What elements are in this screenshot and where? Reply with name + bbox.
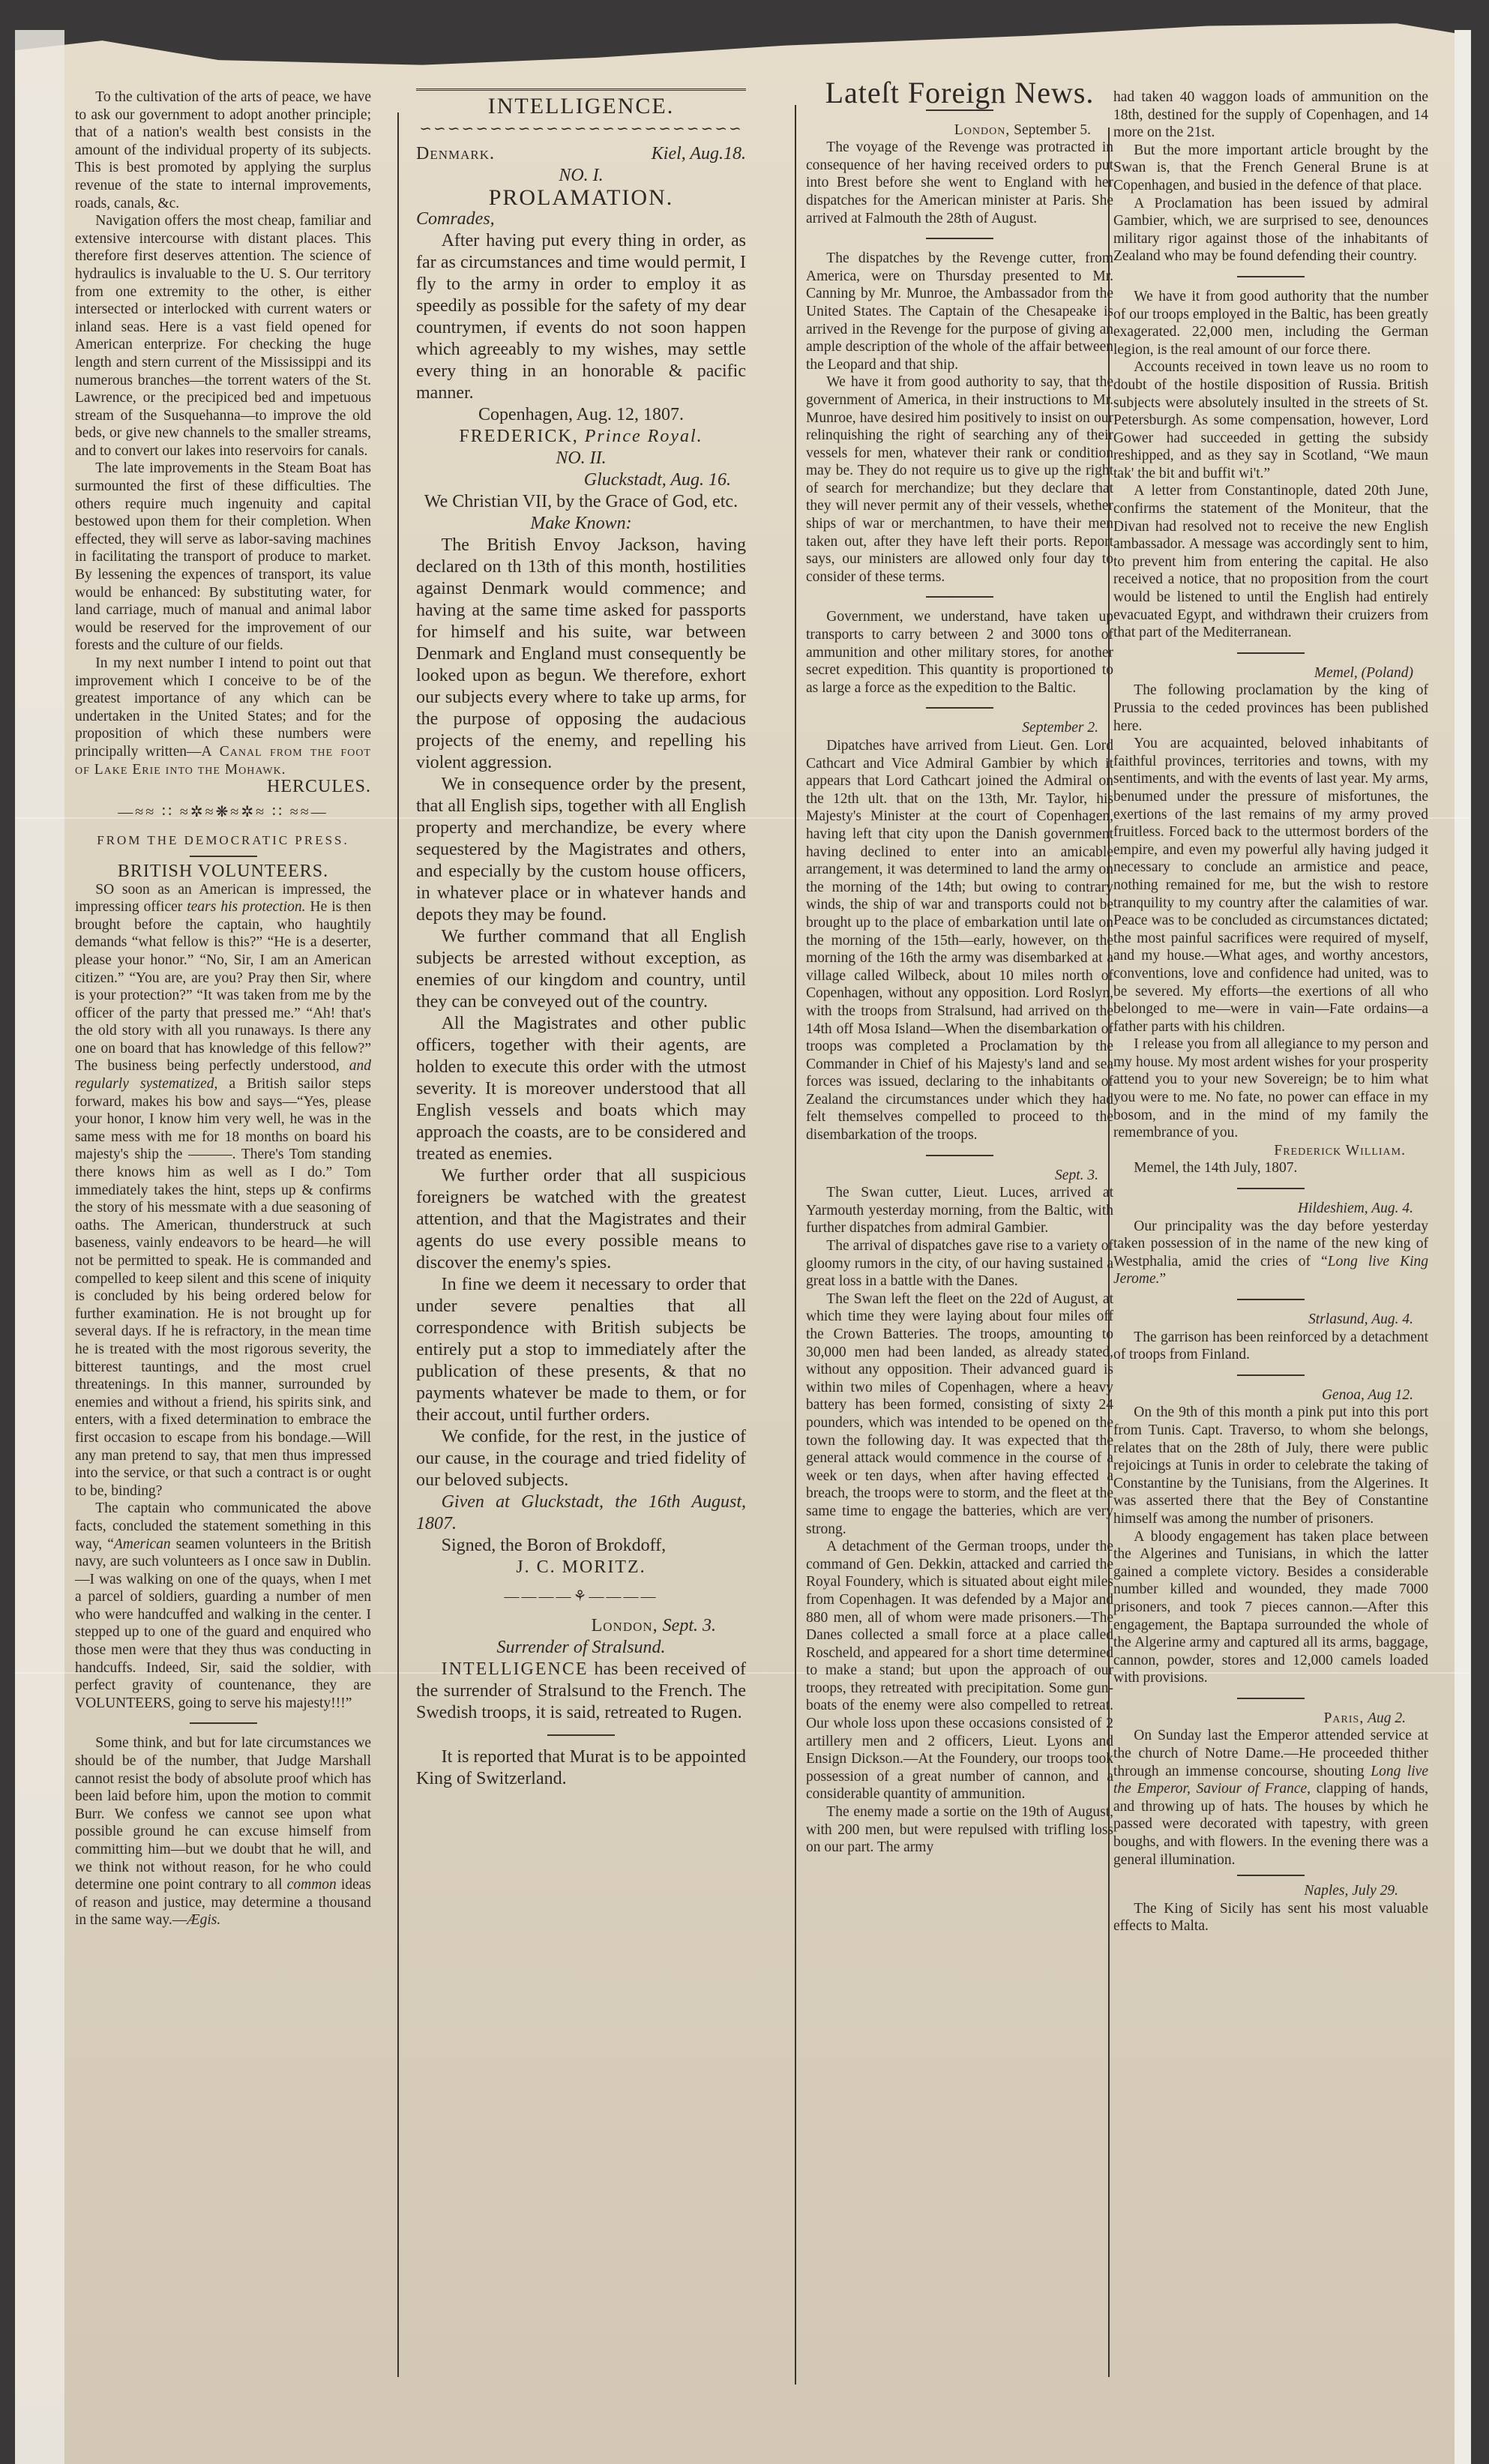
dateline: Hildeshiem, Aug. 4. — [1113, 1200, 1428, 1218]
divider — [1237, 1299, 1305, 1300]
text: seamen volunteers in the British navy, a… — [75, 1536, 371, 1711]
article-paragraph: The dispatches by the Revenge cutter, fr… — [806, 250, 1113, 373]
divider — [1237, 1875, 1305, 1876]
dateline: London, Sept. 3. — [416, 1615, 746, 1637]
text: He is then brought before the captain, w… — [75, 899, 371, 1074]
signer-name: FREDERICK, — [459, 427, 578, 446]
article-paragraph: SO soon as an American is impressed, the… — [75, 881, 371, 1500]
salutation: Comrades, — [416, 208, 746, 230]
divider — [1237, 1698, 1305, 1699]
proclamation-number: NO. II. — [416, 448, 746, 469]
place-date: Memel, the 14th July, 1807. — [1113, 1159, 1428, 1177]
article-paragraph: We have it from good authority to say, t… — [806, 373, 1113, 586]
city: London, — [592, 1616, 658, 1635]
article-paragraph: Government, we understand, have taken up… — [806, 608, 1113, 697]
article-paragraph: But the more important article brought b… — [1113, 142, 1428, 195]
article-paragraph: In my next number I intend to point out … — [75, 655, 371, 778]
divider — [1237, 276, 1305, 277]
column-3: Lateſt Foreign News. London, September 5… — [806, 88, 1113, 1857]
article-paragraph: We further command that all English subj… — [416, 926, 746, 1013]
section-heading: INTELLIGENCE. — [416, 95, 746, 117]
article-paragraph: Accounts received in town leave us no ro… — [1113, 358, 1428, 482]
section-masthead: Lateſt Foreign News. — [806, 84, 1113, 102]
signature: HERCULES. — [75, 778, 371, 796]
dateline: Sept. 3. — [806, 1167, 1113, 1185]
divider — [1237, 652, 1305, 654]
article-paragraph: I release you from all allegiance to my … — [1113, 1036, 1428, 1142]
city: Paris, — [1324, 1710, 1365, 1726]
article-paragraph: It is reported that Murat is to be appoi… — [416, 1746, 746, 1790]
article-paragraph: INTELLIGENCE has been received of the su… — [416, 1659, 746, 1724]
subheading: Surrender of Stralsund. — [416, 1637, 746, 1659]
article-paragraph: In fine we deem it necessary to order th… — [416, 1274, 746, 1426]
text: a British sailor steps forward, makes hi… — [75, 1076, 371, 1499]
column-4: had taken 40 waggon loads of ammunition … — [1113, 88, 1428, 1935]
article-paragraph: A bloody engagement has taken place betw… — [1113, 1528, 1428, 1687]
divider — [1237, 1374, 1305, 1376]
article-paragraph: The Swan cutter, Lieut. Luces, arrived a… — [806, 1184, 1113, 1237]
dateline: London, September 5. — [806, 121, 1113, 139]
country-label: Denmark. — [416, 143, 495, 165]
column-rule — [397, 112, 399, 2377]
article-paragraph: All the Magistrates and other public off… — [416, 1013, 746, 1165]
article-paragraph: The captain who communicated the above f… — [75, 1500, 371, 1712]
signer: FREDERICK, Prince Royal. — [416, 426, 746, 448]
date: September 5. — [1014, 122, 1091, 138]
text: We Christian VII, by the Grace of God, e… — [424, 492, 738, 511]
article-paragraph: A detachment of the German troops, under… — [806, 1538, 1113, 1803]
dateline: Memel, (Poland) — [1113, 664, 1428, 682]
column-1: To the cultivation of the arts of peace,… — [75, 88, 371, 1929]
divider — [190, 856, 257, 857]
given-line: Given at Gluckstadt, the 16th August, 18… — [416, 1491, 746, 1535]
article-paragraph: The King of Sicily has sent his most val… — [1113, 1900, 1428, 1935]
text: ” — [1160, 1271, 1167, 1287]
article-paragraph: The British Envoy Jackson, having declar… — [416, 535, 746, 774]
italic-text: Make Known: — [530, 514, 631, 533]
left-paper-edge — [15, 30, 64, 2464]
divider — [926, 596, 993, 598]
place-date: Copenhagen, Aug. 12, 1807. — [416, 404, 746, 426]
signed-line: Signed, the Boron of Brokdoff, — [416, 1535, 746, 1557]
dateline: Naples, July 29. — [1113, 1882, 1428, 1900]
column-2: INTELLIGENCE. ∽∽∽∽∽∽∽∽∽∽∽∽∽∽∽∽∽∽∽∽∽∽∽ De… — [416, 88, 746, 1790]
divider — [926, 707, 993, 709]
double-rule — [416, 88, 746, 91]
signer: Frederick William. — [1113, 1142, 1428, 1160]
ornament-divider: —≈≈ ∷ ≈✲≈❋≈✲≈ ∷ ≈≈— — [75, 804, 371, 822]
signer-title: Prince Royal. — [585, 427, 703, 446]
dateline: Genoa, Aug 12. — [1113, 1386, 1428, 1404]
italic-text: American — [114, 1536, 171, 1552]
article-paragraph: A letter from Constantinople, dated 20th… — [1113, 482, 1428, 641]
dateline-text: Gluckstadt, Aug. 16. — [416, 469, 746, 491]
signer: J. C. MORITZ. — [416, 1557, 746, 1578]
article-paragraph: Dipatches have arrived from Lieut. Gen. … — [806, 737, 1113, 1144]
article-paragraph: On Sunday last the Emperor attended serv… — [1113, 1727, 1428, 1869]
article-paragraph: We further order that all suspicious for… — [416, 1165, 746, 1274]
italic-text: common — [287, 1877, 337, 1893]
source-line: FROM THE DEMOCRATIC PRESS. — [75, 832, 371, 850]
article-paragraph: We have it from good authority that the … — [1113, 288, 1428, 358]
column-rule — [795, 105, 796, 2385]
proclamation-title: PROLAMATION. — [416, 187, 746, 208]
date: Aug 2. — [1368, 1710, 1406, 1726]
caps-text: INTELLIGENCE — [442, 1659, 589, 1679]
article-paragraph: After having put every thing in order, a… — [416, 230, 746, 404]
proclamation-number: NO. I. — [416, 165, 746, 187]
article-paragraph: The late improvements in the Steam Boat … — [75, 460, 371, 655]
article-heading: BRITISH VOLUNTEERS. — [75, 863, 371, 881]
article-paragraph: On the 9th of this month a pink put into… — [1113, 1404, 1428, 1527]
article-paragraph: To the cultivation of the arts of peace,… — [75, 88, 371, 212]
article-paragraph: Some think, and but for late circumstanc… — [75, 1734, 371, 1929]
article-paragraph: We Christian VII, by the Grace of God, e… — [416, 491, 746, 535]
date: Sept. 3. — [663, 1616, 716, 1635]
article-paragraph: The enemy made a sortie on the 19th of A… — [806, 1803, 1113, 1857]
article-paragraph: We in consequence order by the present, … — [416, 774, 746, 926]
divider — [190, 1722, 257, 1724]
divider — [547, 1734, 615, 1736]
article-paragraph: A Proclamation has been issued by admira… — [1113, 195, 1428, 265]
right-paper-edge — [1455, 30, 1471, 2464]
dateline: Denmark. Kiel, Aug.18. — [416, 143, 746, 165]
italic-text: tears his protection. — [187, 899, 305, 915]
article-paragraph: The Swan left the fleet on the 22d of Au… — [806, 1290, 1113, 1538]
divider — [926, 1155, 993, 1156]
text: Some think, and but for late circumstanc… — [75, 1735, 371, 1893]
divider — [926, 238, 993, 239]
divider — [1237, 1188, 1305, 1189]
signature: Ægis. — [187, 1912, 220, 1928]
article-paragraph: The following proclamation by the king o… — [1113, 682, 1428, 735]
article-paragraph: Navigation offers the most cheap, famili… — [75, 212, 371, 460]
article-paragraph: Our principality was the day before yest… — [1113, 1218, 1428, 1288]
dateline: Strlasund, Aug. 4. — [1113, 1311, 1428, 1329]
wave-divider: ∽∽∽∽∽∽∽∽∽∽∽∽∽∽∽∽∽∽∽∽∽∽∽ — [416, 118, 746, 140]
ornament-divider: ————⚘———— — [416, 1586, 746, 1608]
article-paragraph: The garrison has been reinforced by a de… — [1113, 1329, 1428, 1364]
article-paragraph: had taken 40 waggon loads of ammunition … — [1113, 88, 1428, 142]
article-paragraph: We confide, for the rest, in the justice… — [416, 1426, 746, 1491]
article-paragraph: The voyage of the Revenge was protracted… — [806, 139, 1113, 227]
dateline: September 2. — [806, 719, 1113, 737]
article-paragraph: You are acquainted, beloved inhabitants … — [1113, 735, 1428, 1036]
dateline-text: Kiel, Aug.18. — [652, 143, 746, 165]
dateline: Paris, Aug 2. — [1113, 1710, 1428, 1728]
article-paragraph: The arrival of dispatches gave rise to a… — [806, 1237, 1113, 1290]
city: London, — [954, 122, 1010, 138]
